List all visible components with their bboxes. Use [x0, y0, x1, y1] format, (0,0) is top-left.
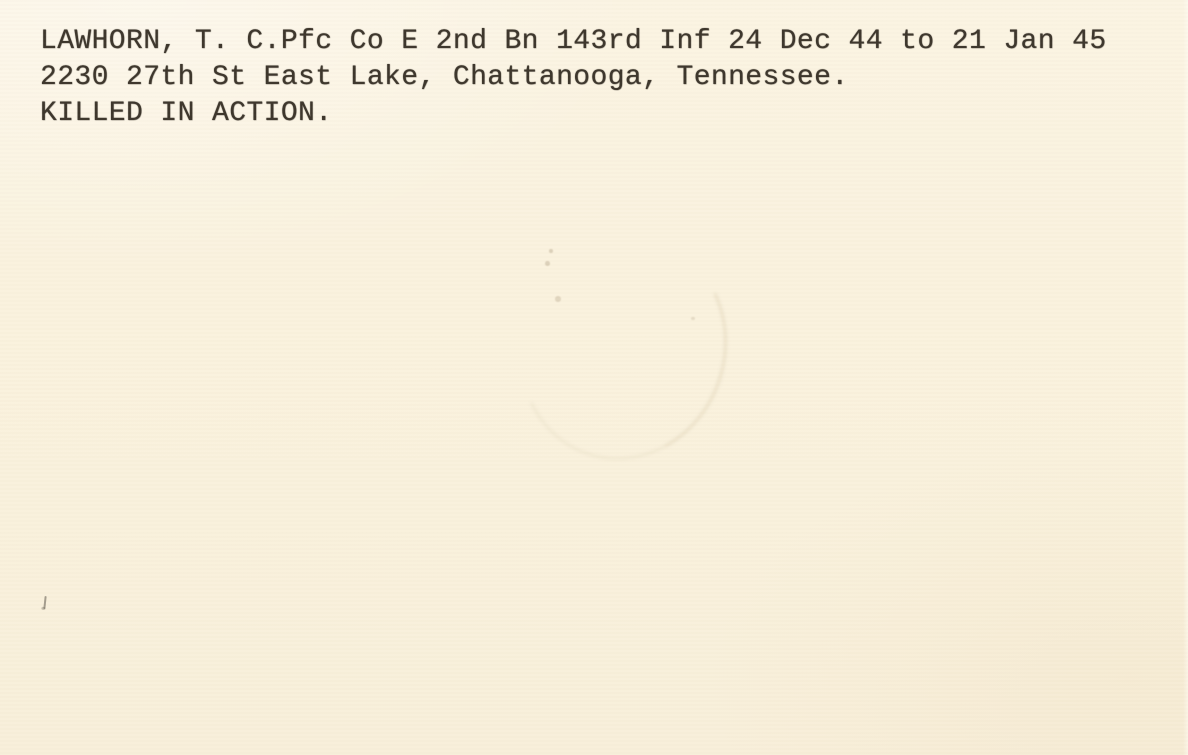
paper-stain-speck: [549, 249, 553, 253]
pencil-tick-mark: [43, 596, 46, 609]
card-line-service-record: LAWHORN, T. C.Pfc Co E 2nd Bn 143rd Inf …: [40, 24, 1150, 60]
paper-stain-ring: [490, 209, 756, 488]
card-line-address: 2230 27th St East Lake, Chattanooga, Ten…: [40, 60, 1150, 96]
typed-text-block: LAWHORN, T. C.Pfc Co E 2nd Bn 143rd Inf …: [40, 24, 1150, 132]
paper-stain-speck: [545, 261, 550, 266]
paper-stain-speck: [555, 296, 561, 302]
scanned-index-card: LAWHORN, T. C.Pfc Co E 2nd Bn 143rd Inf …: [0, 0, 1188, 755]
card-line-status: KILLED IN ACTION.: [40, 96, 1150, 132]
paper-stain-speck: [691, 317, 695, 320]
scan-edge-highlight: [1183, 0, 1188, 755]
